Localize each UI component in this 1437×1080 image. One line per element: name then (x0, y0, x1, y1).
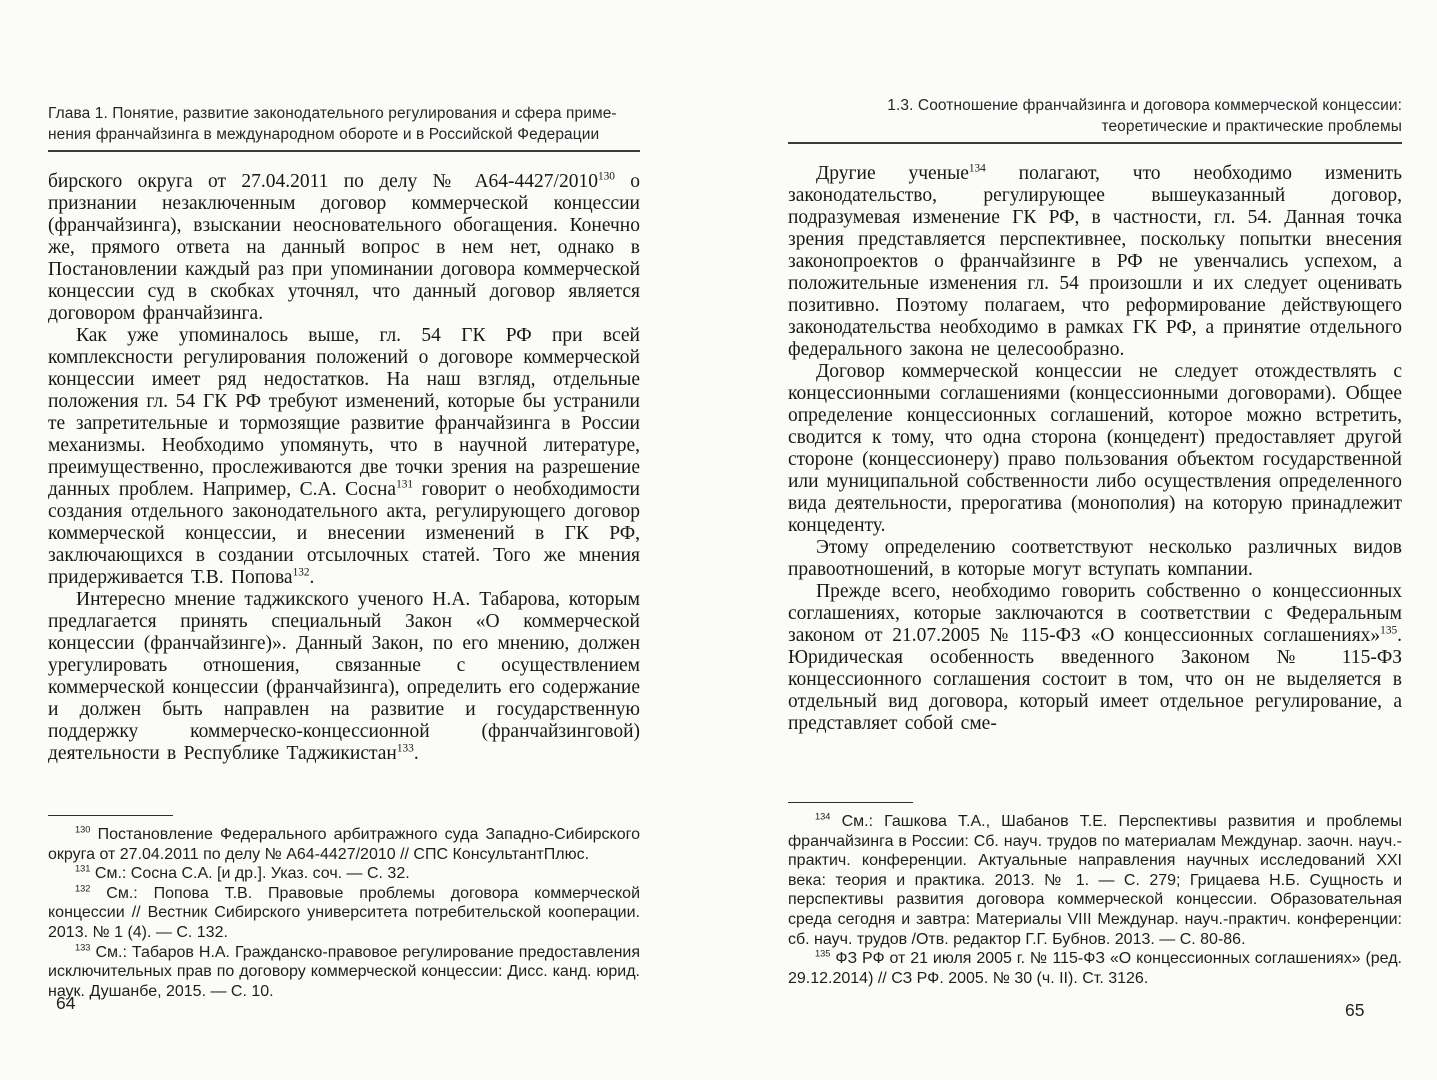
body-paragraph: бирского округа от 27.04.2011 по делу № … (48, 171, 640, 325)
footnote-marker: 132 (293, 567, 310, 579)
footnote-number: 130 (75, 825, 90, 835)
footnote: 131 См.: Сосна С.А. [и др.]. Указ. соч. … (48, 864, 640, 884)
right-header-line2: теоретические и практические проблемы (788, 116, 1402, 137)
left-page-number: 64 (56, 993, 75, 1014)
page-left: Глава 1. Понятие, развитие законодательн… (48, 103, 640, 1063)
footnote-number: 131 (75, 864, 90, 874)
footnote-number: 135 (815, 949, 830, 959)
left-header-line2: нения франчайзинга в международном оборо… (48, 124, 640, 145)
right-footnote-rule (788, 802, 913, 803)
right-header-rule (788, 142, 1402, 144)
page-right: 1.3. Соотношение франчайзинга и договора… (788, 95, 1402, 1065)
body-paragraph: Как уже упоминалось выше, гл. 54 ГК РФ п… (48, 325, 640, 589)
footnote-number: 132 (75, 883, 90, 893)
footnote-marker: 134 (969, 163, 986, 175)
footnote: 134 См.: Гашкова Т.А., Шабанов Т.Е. Перс… (788, 812, 1402, 949)
right-footnote-list: 134 См.: Гашкова Т.А., Шабанов Т.Е. Перс… (788, 812, 1402, 988)
right-running-header: 1.3. Соотношение франчайзинга и договора… (788, 95, 1402, 137)
body-paragraph: Этому определению соответствуют нескольк… (788, 537, 1402, 581)
body-paragraph: Прежде всего, необходимо говорить собств… (788, 581, 1402, 735)
body-paragraph: Договор коммерческой концессии не следуе… (788, 361, 1402, 537)
footnote-number: 133 (75, 942, 90, 952)
footnote-marker: 133 (397, 743, 414, 755)
left-header-rule (48, 150, 640, 152)
right-body-text: Другие ученые134 полагают, что необходим… (788, 163, 1402, 735)
right-header-line1: 1.3. Соотношение франчайзинга и договора… (788, 95, 1402, 116)
footnote-marker: 131 (396, 479, 413, 491)
book-spread: Глава 1. Понятие, развитие законодательн… (0, 0, 1437, 1080)
footnote: 132 См.: Попова Т.В. Правовые проблемы д… (48, 884, 640, 943)
body-paragraph: Интересно мнение таджикского ученого Н.А… (48, 589, 640, 765)
footnote-marker: 135 (1380, 625, 1397, 637)
left-running-header: Глава 1. Понятие, развитие законодательн… (48, 103, 640, 145)
footnote-marker: 130 (598, 171, 615, 183)
footnote: 130 Постановление Федерального арбитражн… (48, 825, 640, 864)
left-footnote-rule (48, 815, 173, 816)
right-footnotes: 134 См.: Гашкова Т.А., Шабанов Т.Е. Перс… (788, 802, 1402, 988)
left-header-line1: Глава 1. Понятие, развитие законодательн… (48, 103, 640, 124)
footnote: 133 См.: Табаров Н.А. Гражданско-правово… (48, 943, 640, 1002)
footnote: 135 ФЗ РФ от 21 июля 2005 г. № 115-ФЗ «О… (788, 949, 1402, 988)
body-paragraph: Другие ученые134 полагают, что необходим… (788, 163, 1402, 361)
left-footnote-list: 130 Постановление Федерального арбитражн… (48, 825, 640, 1001)
left-body-text: бирского округа от 27.04.2011 по делу № … (48, 171, 640, 765)
right-page-number: 65 (1345, 1000, 1364, 1021)
footnote-number: 134 (815, 812, 830, 822)
left-footnotes: 130 Постановление Федерального арбитражн… (48, 815, 640, 1001)
